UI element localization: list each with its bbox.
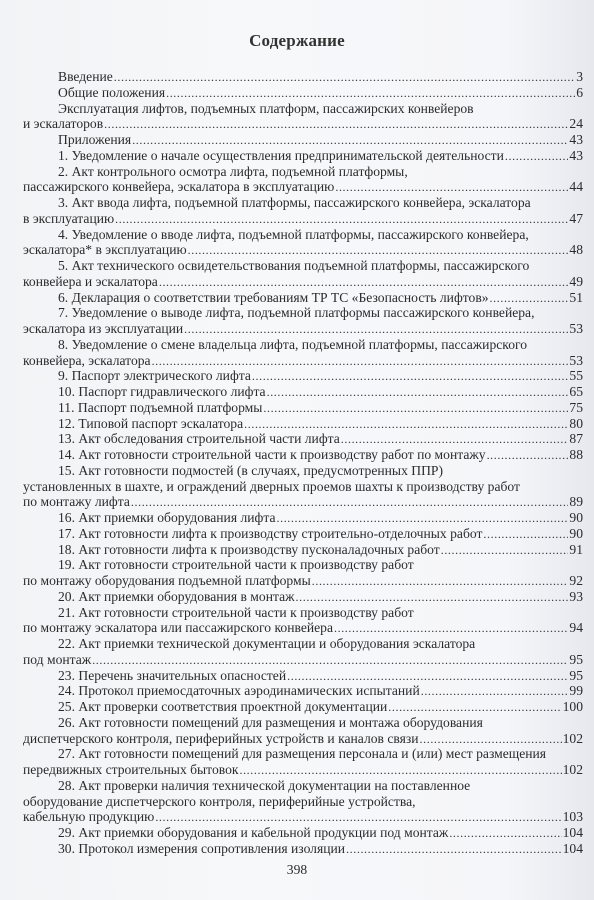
toc-entry-text: 22. Акт приемки технической документации… (58, 636, 475, 651)
toc-entry-text: и эскалаторов (23, 116, 103, 132)
toc-line: 12. Типовой паспорт эскалатора80 (23, 416, 583, 432)
toc-entry-text: по монтажу оборудования подъемной платфо… (23, 573, 311, 589)
toc-line: 11. Паспорт подъемной платформы75 (23, 400, 583, 416)
toc-line: 2. Акт контрольного осмотра лифта, подъе… (23, 164, 583, 180)
toc-entry[interactable]: 8. Уведомление о смене владельца лифта, … (23, 337, 583, 369)
toc-page-number: 87 (569, 431, 583, 447)
toc-line: по монтажу эскалатора или пассажирского … (23, 620, 583, 636)
toc-line: оборудование диспетчерского контроля, пе… (23, 794, 583, 810)
toc-line: 24. Протокол приемосдаточных аэродинамич… (23, 683, 583, 699)
dot-leader (131, 495, 569, 511)
toc-line: 6. Декларация о соответствии требованиям… (23, 290, 583, 306)
toc-entry[interactable]: 5. Акт технического освидетельствования … (23, 258, 583, 290)
toc-entry-text: по монтажу эскалатора или пассажирского … (23, 620, 333, 636)
toc-line: 8. Уведомление о смене владельца лифта, … (23, 337, 583, 353)
toc-entry-text: 3. Акт ввода лифта, подъемной платформы,… (58, 195, 531, 210)
dot-leader (104, 117, 568, 133)
toc-entry[interactable]: 30. Протокол измерения сопротивления изо… (23, 841, 583, 857)
toc-entry[interactable]: 20. Акт приемки оборудования в монтаж93 (23, 589, 583, 605)
toc-line: 25. Акт проверки соответствия проектной … (23, 699, 583, 715)
toc-page-number: 49 (569, 274, 583, 290)
toc-page-number: 103 (563, 809, 583, 825)
dot-leader (277, 511, 569, 527)
toc-line: пассажирского конвейера, эскалатора в эк… (23, 179, 583, 195)
dot-leader (490, 291, 569, 307)
toc-line: передвижных строительных бытовок102 (23, 762, 583, 778)
toc-entry-text: кабельную продукцию (23, 809, 154, 825)
toc-entry[interactable]: 4. Уведомление о вводе лифта, подъемной … (23, 227, 583, 259)
toc-line: эскалатора из эксплуатации53 (23, 321, 583, 337)
dot-leader (505, 149, 569, 165)
dot-leader (155, 810, 561, 826)
toc-line: 16. Акт приемки оборудования лифта90 (23, 510, 583, 526)
toc-line: 29. Акт приемки оборудования и кабельной… (23, 825, 583, 841)
toc-line: Приложения43 (23, 132, 583, 148)
toc-page-number: 102 (563, 731, 583, 747)
toc-line: 30. Протокол измерения сопротивления изо… (23, 841, 583, 857)
toc-line: 18. Акт готовности лифта к производству … (23, 542, 583, 558)
toc-entry[interactable]: Общие положения6 (23, 85, 583, 101)
toc-entry[interactable]: 26. Акт готовности помещений для размеще… (23, 715, 583, 747)
toc-entry-text: 26. Акт готовности помещений для размеще… (58, 715, 483, 730)
toc-entry[interactable]: Эксплуатация лифтов, подъемных платформ,… (23, 101, 583, 133)
toc-entry[interactable]: 6. Декларация о соответствии требованиям… (23, 290, 583, 306)
dot-leader (421, 684, 569, 700)
dot-leader (263, 401, 568, 417)
toc-entry[interactable]: 1. Уведомление о начале осуществления пр… (23, 148, 583, 164)
toc-entry-text: 25. Акт проверки соответствия проектной … (58, 699, 387, 715)
toc-page-number: 43 (569, 132, 583, 148)
toc-line: под монтаж95 (23, 652, 583, 668)
toc-entry[interactable]: 10. Паспорт гидравлического лифта65 (23, 384, 583, 400)
toc-entry[interactable]: 2. Акт контрольного осмотра лифта, подъе… (23, 164, 583, 196)
toc-page-number: 47 (569, 211, 583, 227)
toc-entry[interactable]: 19. Акт готовности строительной части к … (23, 557, 583, 589)
dot-leader (441, 543, 569, 559)
toc-line: 7. Уведомление о выводе лифта, подъемной… (23, 305, 583, 321)
toc-entry-text: диспетчерского контроля, периферийных ус… (23, 731, 419, 747)
toc-page-number: 51 (569, 290, 583, 306)
toc-entry[interactable]: 14. Акт готовности строительной части к … (23, 447, 583, 463)
toc-line: кабельную продукцию103 (23, 809, 583, 825)
toc-entry-text: 27. Акт готовности помещений для размеще… (58, 746, 546, 761)
toc-line: 20. Акт приемки оборудования в монтаж93 (23, 589, 583, 605)
dot-leader (267, 385, 569, 401)
toc-page-number: 95 (569, 668, 583, 684)
toc-page-number: 92 (569, 573, 583, 589)
toc-entry-text: 17. Акт готовности лифта к производству … (58, 526, 482, 542)
toc-line: эскалатора* в эксплуатацию48 (23, 242, 583, 258)
toc-line: 9. Паспорт электрического лифта55 (23, 368, 583, 384)
toc-page-number: 65 (569, 384, 583, 400)
toc-entry-text: 4. Уведомление о вводе лифта, подъемной … (58, 227, 529, 242)
toc-page-number: 6 (576, 85, 583, 101)
toc-entry[interactable]: 13. Акт обследования строительной части … (23, 431, 583, 447)
toc-page-number: 104 (563, 841, 583, 857)
toc-line: Общие положения6 (23, 85, 583, 101)
toc-entry[interactable]: 18. Акт готовности лифта к производству … (23, 542, 583, 558)
dot-leader (188, 243, 569, 259)
toc-entry-text: передвижных строительных бытовок (23, 762, 238, 778)
toc-entry-text: конвейера, эскалатора (23, 353, 151, 369)
dot-leader (346, 842, 562, 858)
toc-page-number: 75 (569, 400, 583, 416)
toc-entry[interactable]: 28. Акт проверки наличия технической док… (23, 778, 583, 825)
toc-entry-text: 20. Акт приемки оборудования в монтаж (58, 589, 295, 605)
toc-entry-text: 8. Уведомление о смене владельца лифта, … (58, 337, 527, 352)
toc-entry-text: 14. Акт готовности строительной части к … (58, 447, 486, 463)
toc-page-number: 93 (569, 589, 583, 605)
toc-entry-text: Эксплуатация лифтов, подъемных платформ,… (58, 101, 474, 116)
toc-line: 19. Акт готовности строительной части к … (23, 557, 583, 573)
toc-page-number: 102 (563, 762, 583, 778)
toc-page-number: 89 (569, 494, 583, 510)
toc-entry-text: 21. Акт готовности строительной части к … (58, 605, 414, 620)
toc-entry[interactable]: Введение3 (23, 69, 583, 85)
toc-page-number: 91 (569, 542, 583, 558)
dot-leader (341, 432, 569, 448)
toc-entry[interactable]: 22. Акт приемки технической документации… (23, 636, 583, 668)
toc-line: Эксплуатация лифтов, подъемных платформ,… (23, 101, 583, 117)
toc-page-number: 80 (569, 416, 583, 432)
toc-entry[interactable]: 17. Акт готовности лифта к производству … (23, 526, 583, 542)
toc-entry-text: конвейера и эскалатора (23, 274, 158, 290)
toc-line: по монтажу оборудования подъемной платфо… (23, 573, 583, 589)
toc-entry[interactable]: 24. Протокол приемосдаточных аэродинамич… (23, 683, 583, 699)
toc-page-number: 95 (569, 652, 583, 668)
toc-entry-text: оборудование диспетчерского контроля, пе… (23, 794, 416, 809)
toc-entry-text: 16. Акт приемки оборудования лифта (58, 510, 276, 526)
toc-entry-text: Общие положения (58, 85, 165, 101)
toc-line: в эксплуатацию47 (23, 211, 583, 227)
toc-page-number: 99 (569, 683, 583, 699)
dot-leader (239, 763, 561, 779)
toc-entry[interactable]: 27. Акт готовности помещений для размеще… (23, 746, 583, 778)
toc-page-number: 43 (569, 148, 583, 164)
dot-leader (312, 574, 569, 590)
toc-entry-text: 10. Паспорт гидравлического лифта (58, 384, 266, 400)
toc-line: Введение3 (23, 69, 583, 85)
toc-page-number: 55 (569, 368, 583, 384)
toc-line: 21. Акт готовности строительной части к … (23, 605, 583, 621)
toc-entry[interactable]: 25. Акт проверки соответствия проектной … (23, 699, 583, 715)
toc-line: 17. Акт готовности лифта к производству … (23, 526, 583, 542)
toc-entry[interactable]: Приложения43 (23, 132, 583, 148)
toc-entry[interactable]: 16. Акт приемки оборудования лифта90 (23, 510, 583, 526)
toc-entry-text: 6. Декларация о соответствии требованиям… (58, 290, 489, 306)
dot-leader (132, 133, 568, 149)
dot-leader (487, 448, 569, 464)
dot-leader (420, 732, 562, 748)
toc-line: 23. Перечень значительных опасностей95 (23, 668, 583, 684)
toc-line: установленных в шахте, и ограждений двер… (23, 479, 583, 495)
toc-page-number: 100 (563, 699, 583, 715)
dot-leader (114, 70, 575, 86)
toc-line: по монтажу лифта89 (23, 494, 583, 510)
toc-entry[interactable]: 3. Акт ввода лифта, подъемной платформы,… (23, 195, 583, 227)
page-number: 398 (0, 862, 594, 878)
toc-page-number: 3 (576, 69, 583, 85)
toc-entry-text: в эксплуатацию (23, 211, 114, 227)
toc-page-number: 90 (569, 510, 583, 526)
toc-entry-text: Приложения (58, 132, 131, 148)
toc-line: конвейера, эскалатора53 (23, 353, 583, 369)
toc-entry[interactable]: 12. Типовой паспорт эскалатора80 (23, 416, 583, 432)
dot-leader (483, 527, 568, 543)
toc-entry[interactable]: 23. Перечень значительных опасностей95 (23, 668, 583, 684)
toc-entry-text: 11. Паспорт подъемной платформы (58, 400, 262, 416)
dot-leader (334, 621, 568, 637)
toc-line: конвейера и эскалатора49 (23, 274, 583, 290)
toc-entry-text: 2. Акт контрольного осмотра лифта, подъе… (58, 164, 408, 179)
toc-entry-text: 5. Акт технического освидетельствования … (58, 258, 529, 273)
toc-entry-text: под монтаж (23, 652, 91, 668)
toc-entry-text: установленных в шахте, и ограждений двер… (23, 479, 520, 494)
toc-line: 22. Акт приемки технической документации… (23, 636, 583, 652)
toc-page-number: 88 (569, 447, 583, 463)
toc-page-number: 53 (569, 321, 583, 337)
toc-entry-text: 9. Паспорт электрического лифта (58, 368, 251, 384)
toc-line: 10. Паспорт гидравлического лифта65 (23, 384, 583, 400)
toc-page-number: 48 (569, 242, 583, 258)
toc-line: 4. Уведомление о вводе лифта, подъемной … (23, 227, 583, 243)
toc-page-number: 24 (569, 116, 583, 132)
toc-page-number: 44 (569, 179, 583, 195)
dot-leader (335, 180, 568, 196)
toc-entry-text: пассажирского конвейера, эскалатора в эк… (23, 179, 334, 195)
toc-line: 14. Акт готовности строительной части к … (23, 447, 583, 463)
dot-leader (296, 590, 569, 606)
toc-entry-text: 15. Акт готовности подмостей (в случаях,… (58, 463, 443, 478)
toc-line: 5. Акт технического освидетельствования … (23, 258, 583, 274)
toc-entry-text: 12. Типовой паспорт эскалатора (58, 416, 243, 432)
toc-entry-text: 23. Перечень значительных опасностей (58, 668, 286, 684)
toc-entry[interactable]: 9. Паспорт электрического лифта55 (23, 368, 583, 384)
toc-entry-text: 24. Протокол приемосдаточных аэродинамич… (58, 683, 420, 699)
toc-page-number: 53 (569, 353, 583, 369)
toc-line: 3. Акт ввода лифта, подъемной платформы,… (23, 195, 583, 211)
toc-entry-text: 28. Акт проверки наличия технической док… (58, 778, 470, 793)
toc-entry[interactable]: 15. Акт готовности подмостей (в случаях,… (23, 463, 583, 510)
dot-leader (92, 653, 568, 669)
toc-line: диспетчерского контроля, периферийных ус… (23, 731, 583, 747)
toc-entry-text: 29. Акт приемки оборудования и кабельной… (58, 825, 448, 841)
dot-leader (115, 212, 568, 228)
book-page: Содержание Введение3Общие положения6Эксп… (0, 0, 594, 900)
toc-entry-text: 30. Протокол измерения сопротивления изо… (58, 841, 345, 857)
toc-page-number: 104 (563, 825, 583, 841)
dot-leader (449, 826, 561, 842)
toc-entry-text: эскалатора* в эксплуатацию (23, 242, 187, 258)
toc-entry-text: эскалатора из эксплуатации (23, 321, 183, 337)
toc-line: 13. Акт обследования строительной части … (23, 431, 583, 447)
toc-entry-text: 19. Акт готовности строительной части к … (58, 557, 414, 572)
dot-leader (388, 700, 561, 716)
toc-line: 27. Акт готовности помещений для размеще… (23, 746, 583, 762)
toc-entry-text: по монтажу лифта (23, 494, 130, 510)
dot-leader (166, 86, 575, 102)
toc-entry[interactable]: 7. Уведомление о выводе лифта, подъемной… (23, 305, 583, 337)
toc-line: 28. Акт проверки наличия технической док… (23, 778, 583, 794)
toc-line: и эскалаторов24 (23, 116, 583, 132)
toc-entry-text: 18. Акт готовности лифта к производству … (58, 542, 440, 558)
toc-entry-text: 13. Акт обследования строительной части … (58, 431, 340, 447)
toc-entry[interactable]: 11. Паспорт подъемной платформы75 (23, 400, 583, 416)
toc-entry-text: 1. Уведомление о начале осуществления пр… (58, 148, 504, 164)
dot-leader (287, 669, 568, 685)
table-of-contents: Введение3Общие положения6Эксплуатация ли… (23, 69, 583, 857)
dot-leader (252, 369, 568, 385)
toc-line: 1. Уведомление о начале осуществления пр… (23, 148, 583, 164)
dot-leader (159, 275, 569, 291)
page-title: Содержание (0, 31, 594, 51)
toc-line: 15. Акт готовности подмостей (в случаях,… (23, 463, 583, 479)
dot-leader (184, 322, 568, 338)
toc-entry-text: Введение (58, 69, 113, 85)
dot-leader (152, 354, 569, 370)
toc-entry[interactable]: 29. Акт приемки оборудования и кабельной… (23, 825, 583, 841)
dot-leader (244, 417, 568, 433)
toc-page-number: 94 (569, 620, 583, 636)
toc-entry[interactable]: 21. Акт готовности строительной части к … (23, 605, 583, 637)
toc-line: 26. Акт готовности помещений для размеще… (23, 715, 583, 731)
toc-entry-text: 7. Уведомление о выводе лифта, подъемной… (58, 305, 535, 320)
toc-page-number: 90 (569, 526, 583, 542)
